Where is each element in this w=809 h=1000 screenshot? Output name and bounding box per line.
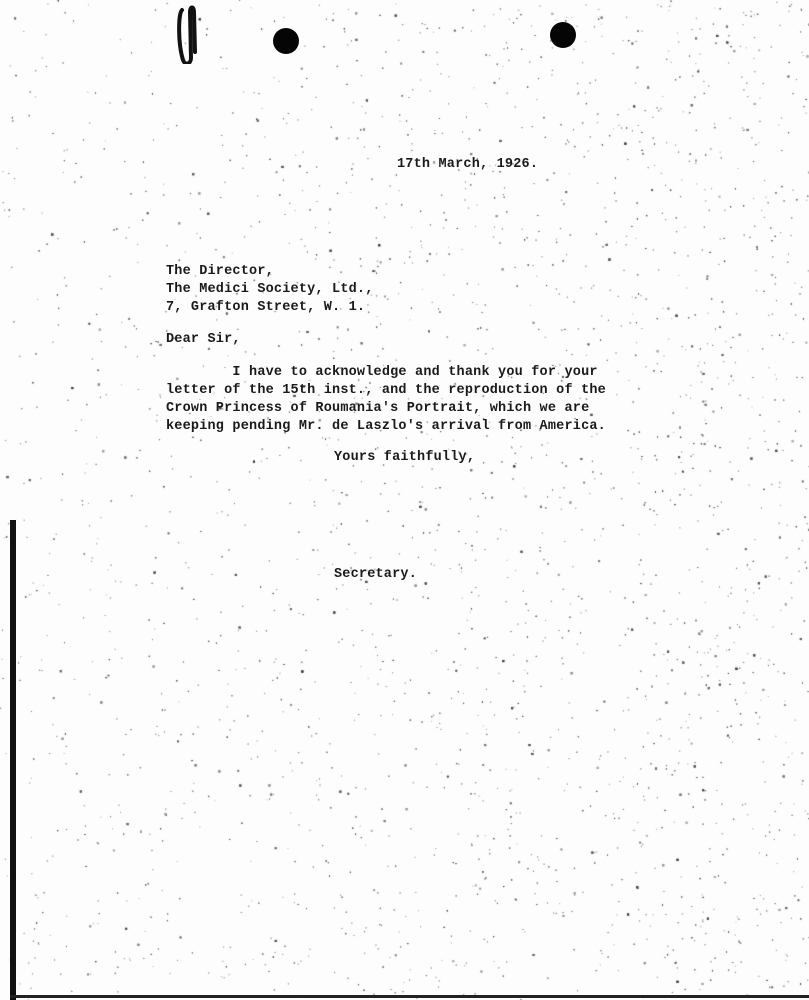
punch-hole-left-icon [273,28,299,54]
letter-date: 17th March, 1926. [397,157,538,172]
body-line: letter of the 15th inst., and the reprod… [166,382,606,401]
salutation: Dear Sir, [166,332,241,347]
signature: Secretary. [334,567,417,582]
scan-noise [0,0,809,1000]
body-line: I have to acknowledge and thank you for … [166,364,598,383]
page-edge-bottom [10,995,809,998]
punch-hole-right-icon [550,22,576,48]
letter-page: 17th March, 1926. The Director, The Medi… [0,0,809,1000]
closing: Yours faithfully, [334,450,475,465]
paper-clip-icon [174,4,200,64]
recipient-line: 7, Grafton Street, W. 1. [166,299,365,317]
body-line: keeping pending Mr. de Laszlo's arrival … [166,418,606,437]
recipient-line: The Medici Society, Ltd., [166,281,374,299]
recipient-line: The Director, [166,263,274,281]
body-line: Crown Princess of Roumania's Portrait, w… [166,400,589,419]
page-edge-left [10,520,16,1000]
